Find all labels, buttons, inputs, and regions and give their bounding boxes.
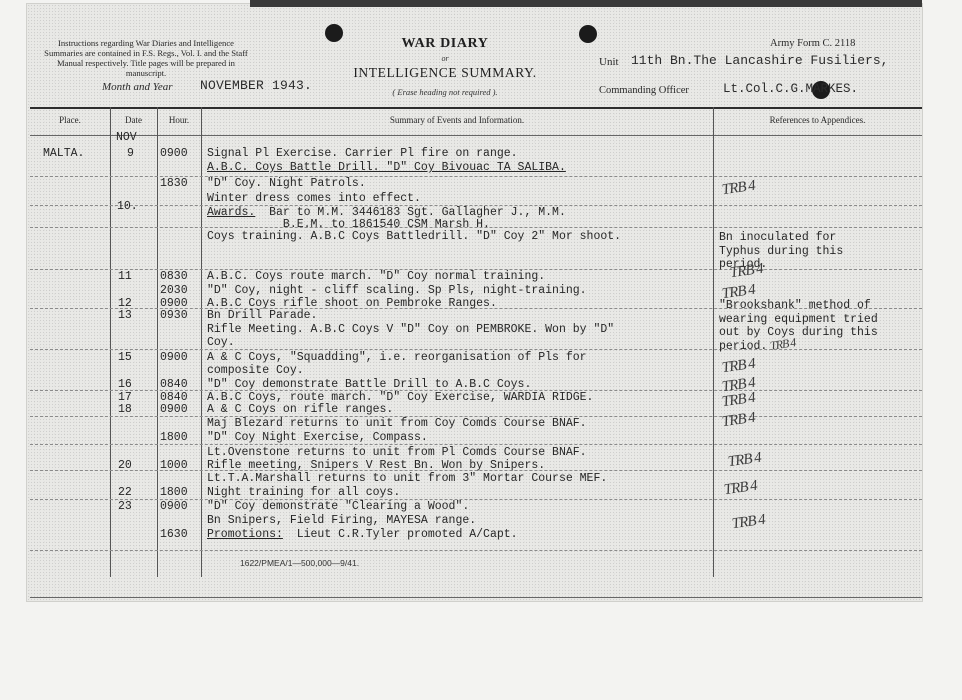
entry-text: Rifle Meeting. A.B.C Coys V "D" Coy on P… [207, 323, 614, 336]
entry-hour: 0840 [160, 378, 188, 391]
entry-date: 11 [118, 270, 132, 283]
col-divider-hour [201, 107, 202, 577]
entry-text: A & C Coys on rifle ranges. [207, 403, 393, 416]
place-value: MALTA. [43, 147, 84, 160]
entry-text: Winter dress comes into effect. [207, 192, 421, 205]
entry-hour: 1800 [160, 431, 188, 444]
form-print-code: 1622/PMEA/1—500,000—9/41. [240, 558, 359, 568]
entry-text: Coys training. A.B.C Coys Battledrill. "… [207, 230, 621, 243]
commanding-officer-label: Commanding Officer [599, 85, 689, 96]
column-header-references: References to Appendices. [713, 115, 922, 125]
entry-text: "D" Coy, night - cliff scaling. Sp Pls, … [207, 284, 587, 297]
promotions-label: Promotions: [207, 528, 283, 541]
month-abbrev: NOV [116, 131, 137, 144]
entry-text: Lt.Ovenstone returns to unit from Pl Com… [207, 446, 587, 459]
instructions-note: Instructions regarding War Diaries and I… [41, 38, 251, 78]
promotions-text: Lieut C.R.Tyler promoted A/Capt. [283, 528, 518, 541]
unit-value: 11th Bn.The Lancashire Fusiliers, [631, 53, 888, 68]
erase-heading-note: ( Erase heading not required ). [340, 87, 550, 97]
entry-text: A.B.C. Coys route march. "D" Coy normal … [207, 270, 545, 283]
entry-date: 20 [118, 459, 132, 472]
unit-label: Unit [599, 56, 619, 68]
reference-note-brookshank: "Brookshank" method of wearing equipment… [719, 299, 878, 353]
entry-text: Signal Pl Exercise. Carrier Pl fire on r… [207, 147, 518, 160]
form-title-war-diary: WAR DIARY [340, 36, 550, 52]
entry-hour: 0900 [160, 403, 188, 416]
entry-hour: 0830 [160, 270, 188, 283]
table-top-border [30, 107, 922, 109]
month-year-value: NOVEMBER 1943. [200, 78, 312, 93]
entry-hour: 0900 [160, 147, 188, 160]
entry-text: Coy. [207, 336, 235, 349]
entry-hour: 0900 [160, 500, 188, 513]
entry-text: Bn Snipers, Field Firing, MAYESA range. [207, 514, 476, 527]
entry-date: 22 [118, 486, 132, 499]
entry-text: Rifle meeting, Snipers V Rest Bn. Won by… [207, 459, 545, 472]
entry-date: 23 [118, 500, 132, 513]
form-title-intelligence-summary: INTELLIGENCE SUMMARY. [330, 65, 560, 81]
entry-hour: 1800 [160, 486, 188, 499]
entry-text: Night training for all coys. [207, 486, 400, 499]
col-divider-place [110, 107, 111, 577]
entry-hour: 1830 [160, 177, 188, 190]
punch-hole-right [579, 25, 597, 43]
entry-hour: 1000 [160, 459, 188, 472]
entry-hour: 0930 [160, 309, 188, 322]
entry-hour: 1630 [160, 528, 188, 541]
entry-text: Promotions: Lieut C.R.Tyler promoted A/C… [207, 528, 518, 541]
ruled-line [30, 444, 922, 445]
scan-edge-shadow [250, 0, 922, 7]
table-bottom-border [30, 597, 922, 598]
entry-date: 13 [118, 309, 132, 322]
entry-text: "D" Coy Night Exercise, Compass. [207, 431, 428, 444]
entry-text: Bn Drill Parade. [207, 309, 317, 322]
entry-date: 16 [118, 378, 132, 391]
column-header-date: Date [110, 115, 157, 125]
entry-text: Lt.T.A.Marshall returns to unit from 3" … [207, 472, 607, 485]
commanding-officer-value: Lt.Col.C.G.MARKES. [723, 82, 858, 96]
header-divider [30, 135, 922, 136]
column-header-place: Place. [30, 115, 110, 125]
entry-text: A.B.C. Coys Battle Drill. "D" Coy Bivoua… [207, 161, 566, 174]
entry-text: "D" Coy. Night Patrols. [207, 177, 366, 190]
column-header-hour: Hour. [157, 115, 201, 125]
entry-hour: 2030 [160, 284, 188, 297]
form-title-or: or [340, 54, 550, 63]
col-divider-date [157, 107, 158, 577]
entry-text: Maj Blezard returns to unit from Coy Com… [207, 417, 587, 430]
entry-date: 10. [117, 200, 138, 213]
month-year-label: Month and Year [102, 81, 173, 93]
army-form-number: Army Form C. 2118 [770, 38, 855, 49]
entry-date: 15 [118, 351, 132, 364]
entry-text: A & C Coys, "Squadding", i.e. reorganisa… [207, 351, 587, 364]
entry-date: 18 [118, 403, 132, 416]
entry-text: "D" Coy demonstrate "Clearing a Wood". [207, 500, 469, 513]
col-divider-summary [713, 107, 714, 577]
column-header-summary: Summary of Events and Information. [201, 115, 713, 125]
entry-text: composite Coy. [207, 364, 304, 377]
entry-hour: 0900 [160, 351, 188, 364]
entry-date: 9 [127, 147, 134, 160]
ruled-line [30, 550, 922, 551]
entry-text: "D" Coy demonstrate Battle Drill to A.B.… [207, 378, 531, 391]
